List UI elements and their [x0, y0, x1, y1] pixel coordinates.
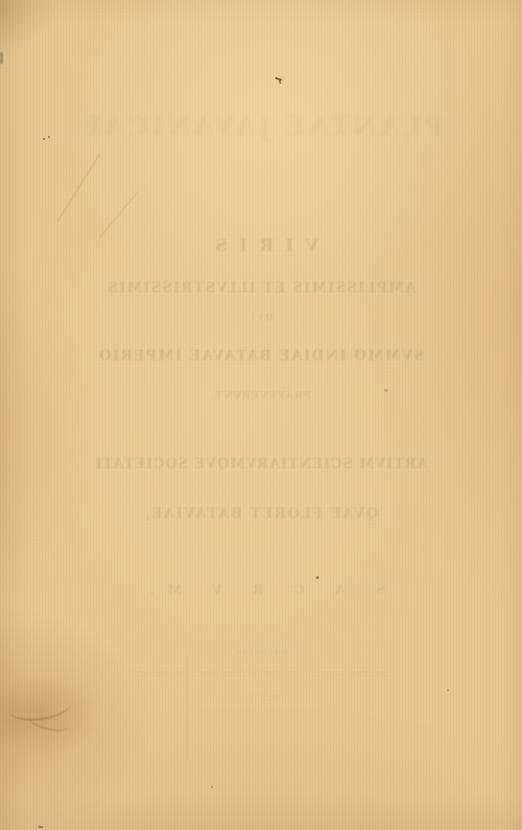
foxing-speck	[211, 786, 213, 788]
ghost-line-ddd-small: D. D. D.	[0, 694, 522, 702]
stain-streak	[6, 688, 73, 725]
ghost-line-bataviae-small: BATAVIAE	[0, 647, 522, 657]
foxing-speck	[48, 136, 50, 138]
ghost-line-amplissimis: AMPLISSIMIS ET ILLVSTRISSIMIS	[0, 280, 522, 296]
paper-scratch	[99, 192, 138, 239]
edge-mark	[38, 826, 43, 828]
ink-fleck	[275, 77, 282, 81]
ghost-title-showthrough: PLANTAE JAVANICAE	[0, 112, 522, 142]
ghost-line-svmmo-imperio: SVMMO INDIAE BATAVAE IMPERIO	[0, 348, 522, 364]
foxing-speck	[384, 389, 388, 392]
ghost-line-artivm-societati: ARTIVM SCIENTIARVMQVE SOCIETATI	[0, 456, 522, 472]
ghost-line-qvae-floret-bataviae: QVAE FLORET BATAVIAE,	[0, 506, 522, 522]
ink-fleck	[278, 80, 281, 84]
paper-scratch	[57, 154, 100, 222]
stain-streak	[26, 707, 71, 735]
foxing-speck	[43, 138, 45, 140]
ghost-line-sacrvm: S A C R V M.	[0, 583, 522, 598]
foxing-speck	[316, 576, 319, 579]
ghost-line-qvi: QVI	[0, 313, 522, 323]
ghost-line-viris: VIRIS	[0, 236, 522, 256]
edge-mark	[0, 52, 3, 64]
paper-scratch	[187, 655, 188, 760]
foxing-speck	[447, 689, 449, 691]
ghost-line-imprint-small: QVORVM AVSPICIIS ET LIBERALITATE HOC OPV…	[0, 671, 522, 679]
ghost-line-praefvervnt: PRAEFVERVNT.	[0, 391, 522, 402]
book-page: PLANTAE JAVANICAE VIRIS AMPLISSIMIS ET I…	[0, 0, 522, 830]
